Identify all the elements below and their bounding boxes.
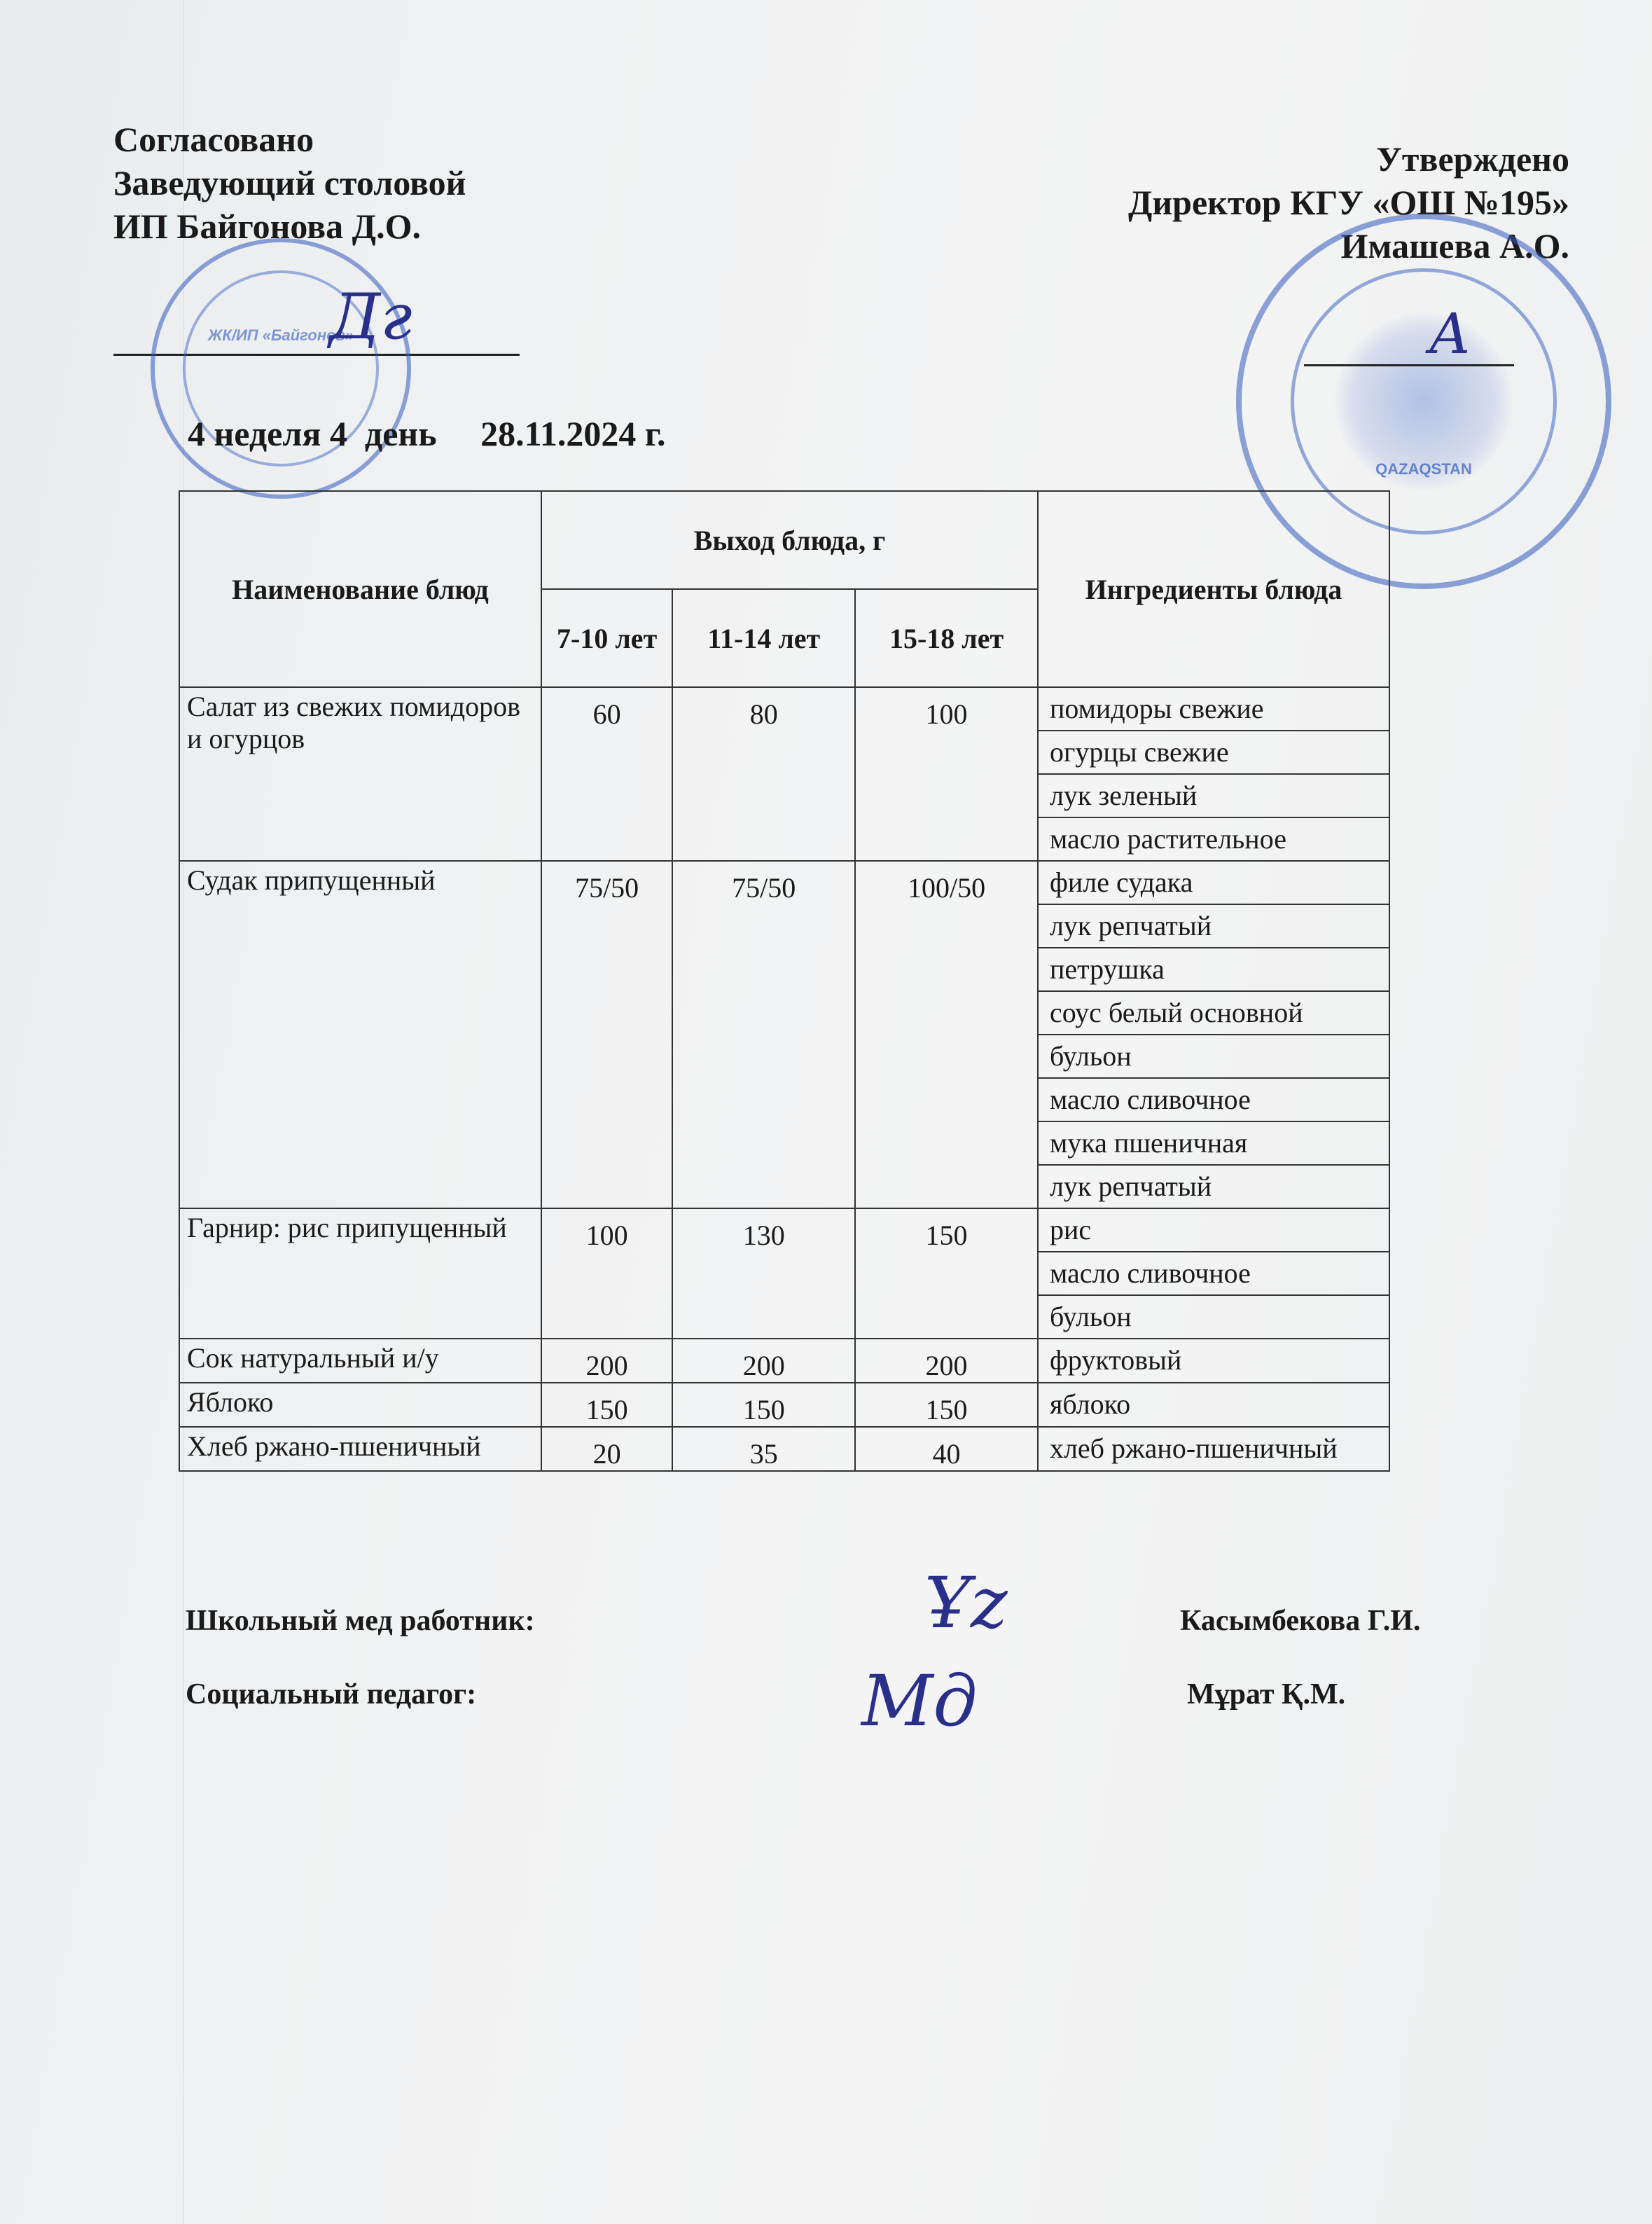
dish-name: Сок натуральный и/у [180, 1339, 541, 1377]
portion-value: 60 [542, 688, 672, 731]
ingredient-item: хлеб ржано-пшеничный [1039, 1428, 1389, 1470]
header-age-7-10: 7-10 лет [541, 589, 672, 687]
header-ingredients: Ингредиенты блюда [1038, 491, 1389, 687]
portion-cell: 100/50 [855, 861, 1038, 1208]
director-position: Директор КГУ «ОШ №195» [1128, 181, 1569, 224]
portion-cell: 200 [672, 1339, 855, 1383]
dish-name-cell: Хлеб ржано-пшеничный [179, 1427, 541, 1471]
stamp-right-text: QAZAQSTAN [1242, 460, 1606, 478]
ingredient-list: хлеб ржано-пшеничный [1039, 1428, 1389, 1470]
dish-name: Гарнир: рис припущенный [180, 1209, 541, 1247]
week-day: 4 неделя 4 день [188, 414, 437, 453]
portion-cell: 35 [672, 1427, 855, 1471]
ingredient-list: филе судакалук репчатыйпетрушкасоус белы… [1039, 862, 1389, 1208]
dish-name: Яблоко [180, 1383, 541, 1421]
ingredients-cell: рисмасло сливочноебульон [1038, 1208, 1389, 1339]
ingredient-item: бульон [1039, 1035, 1389, 1079]
portion-cell: 200 [541, 1339, 672, 1383]
signature-social: Мд [861, 1660, 978, 1742]
portion-value: 80 [673, 688, 854, 731]
ingredient-item: масло сливочное [1039, 1079, 1389, 1122]
ingredient-list: яблоко [1039, 1383, 1389, 1425]
ingredient-item: бульон [1039, 1296, 1389, 1338]
table-row: Гарнир: рис припущенный100130150рисмасло… [179, 1208, 1389, 1339]
approver-position: Заведующий столовой [113, 161, 466, 205]
portion-cell: 100 [541, 1208, 672, 1339]
signature-left: Дг [329, 280, 412, 354]
portion-value: 200 [542, 1339, 672, 1382]
portion-value: 35 [673, 1428, 854, 1470]
dish-name-cell: Салат из свежих помидоров и огурцов [179, 687, 541, 861]
portion-value: 200 [856, 1339, 1037, 1382]
portion-value: 150 [673, 1383, 854, 1426]
portion-value: 100 [856, 688, 1037, 731]
approved-label-right: Утверждено [1128, 137, 1569, 181]
ingredients-cell: помидоры свежиеогурцы свежиелук зеленыйм… [1038, 687, 1389, 861]
ingredient-item: петрушка [1039, 948, 1389, 992]
dish-name-cell: Судак припущенный [179, 861, 541, 1208]
menu-table: Наименование блюд Выход блюда, г Ингреди… [179, 490, 1390, 1472]
portion-cell: 150 [855, 1208, 1038, 1339]
table-row: Судак припущенный75/5075/50100/50филе су… [179, 861, 1389, 1208]
portion-value: 75/50 [673, 862, 854, 904]
portion-cell: 60 [541, 687, 672, 861]
signature-medic: Ұz [924, 1562, 1008, 1644]
social-label: Социальный педагог: [186, 1678, 476, 1711]
ingredients-cell: яблоко [1038, 1383, 1389, 1427]
portion-cell: 20 [541, 1427, 672, 1471]
portion-cell: 150 [672, 1383, 855, 1427]
ingredient-item: яблоко [1039, 1383, 1389, 1425]
stamp-left: ЖК/ИП «Байгонов» [151, 238, 411, 499]
ingredients-cell: филе судакалук репчатыйпетрушкасоус белы… [1038, 861, 1389, 1208]
ingredient-list: фруктовый [1039, 1339, 1389, 1381]
approved-label: Согласовано [113, 118, 466, 161]
portion-cell: 150 [541, 1383, 672, 1427]
portion-value: 40 [856, 1428, 1037, 1470]
medic-name: Касымбекова Г.И. [1180, 1604, 1420, 1638]
ingredient-item: масло сливочное [1039, 1252, 1389, 1296]
medic-label: Школьный мед работник: [186, 1604, 535, 1638]
table-row: Салат из свежих помидоров и огурцов60801… [179, 687, 1389, 861]
portion-value: 150 [856, 1383, 1037, 1426]
portion-cell: 40 [855, 1427, 1038, 1471]
header-age-11-14: 11-14 лет [672, 589, 855, 687]
dish-name-cell: Гарнир: рис припущенный [179, 1208, 541, 1339]
portion-cell: 200 [855, 1339, 1038, 1383]
portion-value: 150 [542, 1383, 672, 1426]
menu-table-body: Салат из свежих помидоров и огурцов60801… [179, 687, 1389, 1471]
portion-cell: 80 [672, 687, 855, 861]
portion-cell: 75/50 [541, 861, 672, 1208]
portion-cell: 75/50 [672, 861, 855, 1208]
ingredient-item: мука пшеничная [1039, 1122, 1389, 1166]
ingredient-list: помидоры свежиеогурцы свежиелук зеленыйм… [1039, 688, 1389, 860]
dish-name: Салат из свежих помидоров и огурцов [180, 688, 541, 758]
signature-right: А [1429, 301, 1471, 366]
ingredients-cell: хлеб ржано-пшеничный [1038, 1427, 1389, 1471]
dish-name: Хлеб ржано-пшеничный [180, 1428, 541, 1465]
portion-cell: 100 [855, 687, 1038, 861]
ingredient-item: рис [1039, 1209, 1389, 1252]
ingredients-cell: фруктовый [1038, 1339, 1389, 1383]
portion-value: 75/50 [542, 862, 672, 904]
signature-line-right [1304, 364, 1514, 366]
ingredient-item: огурцы свежие [1039, 731, 1389, 775]
schedule-line: 4 неделя 4 день 28.11.2024 г. [188, 413, 665, 454]
ingredient-list: рисмасло сливочноебульон [1039, 1209, 1389, 1338]
ingredient-item: масло растительное [1039, 818, 1389, 860]
ingredient-item: соус белый основной [1039, 992, 1389, 1035]
portion-cell: 150 [855, 1383, 1038, 1427]
table-row: Яблоко150150150яблоко [179, 1383, 1389, 1427]
ingredient-item: лук репчатый [1039, 905, 1389, 948]
dish-name-cell: Яблоко [179, 1383, 541, 1427]
approval-block-left: Согласовано Заведующий столовой ИП Байго… [113, 118, 466, 248]
portion-value: 100 [542, 1209, 672, 1252]
portion-value: 100/50 [856, 862, 1037, 904]
portion-value: 20 [542, 1428, 672, 1470]
header-output: Выход блюда, г [541, 491, 1038, 589]
ingredient-item: лук репчатый [1039, 1166, 1389, 1208]
portion-cell: 130 [672, 1208, 855, 1339]
table-row: Сок натуральный и/у200200200фруктовый [179, 1339, 1389, 1383]
header-age-15-18: 15-18 лет [855, 589, 1038, 687]
header-dish-name: Наименование блюд [179, 491, 541, 687]
table-row: Хлеб ржано-пшеничный203540хлеб ржано-пше… [179, 1427, 1389, 1471]
portion-value: 150 [856, 1209, 1037, 1252]
social-name: Мұрат Қ.М. [1187, 1678, 1345, 1711]
ingredient-item: лук зеленый [1039, 775, 1389, 818]
dish-name-cell: Сок натуральный и/у [179, 1339, 541, 1383]
dish-name: Судак припущенный [180, 862, 541, 899]
menu-date: 28.11.2024 г. [480, 414, 665, 453]
portion-value: 200 [673, 1339, 854, 1382]
ingredient-item: помидоры свежие [1039, 688, 1389, 731]
ingredient-item: фруктовый [1039, 1339, 1389, 1381]
portion-value: 130 [673, 1209, 854, 1252]
ingredient-item: филе судака [1039, 862, 1389, 905]
